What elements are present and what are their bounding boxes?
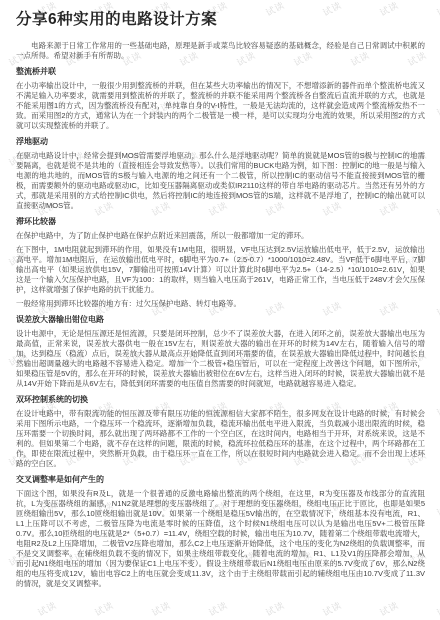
trial-read-watermark: 试读 [434, 598, 440, 619]
trial-read-watermark: 试读 [0, 598, 2, 619]
section: 滞环比较器在保护电路中，为了防止保护电路在保护点附近来回震荡，所以一般都增加一定… [16, 217, 425, 309]
trial-read-watermark: 试读 [35, 598, 59, 619]
intro-paragraph: 电路来源于日常工作常用的一些基础电路，原理是新手或菜鸟比较容易疑惑的基础概念，经… [16, 41, 425, 61]
section-heading: 误差放大器输出钳位电路 [16, 315, 425, 325]
paragraph: 在保护电路中，为了防止保护电路在保护点附近来回震荡，所以一般都增加一定的滞环。 [16, 231, 425, 241]
paragraph: 在设计电路中，带有限流功能的恒压源及带有限压功能的恒流源相信大家都不陌生，很多网… [16, 409, 425, 469]
section-heading: 滞环比较器 [16, 217, 425, 227]
section: 浮地驱动在驱动电路设计中，经常会提到MOS管需要浮地驱动，那么什么是浮地驱动呢？… [16, 137, 425, 211]
trial-read-watermark: 试读 [206, 598, 230, 619]
document-title: 分享6种实用的电路设计方案 [16, 11, 425, 30]
section-heading: 交叉调整率是如何产生的 [16, 475, 425, 485]
sections-container: 整流桥并联在小功率输出设计中，一般很少用到整流桥的并联，但在某些大功率输出的情况… [16, 67, 425, 589]
trial-read-watermark: 试读 [92, 598, 116, 619]
trial-read-watermark: 试读 [263, 598, 287, 619]
section: 误差放大器输出钳位电路设计电源中，无论是恒压源还是恒流源，只要是闭环控制，总少不… [16, 315, 425, 389]
trial-read-watermark: 试读 [149, 598, 173, 619]
paragraph: 设计电源中，无论是恒压源还是恒流源，只要是闭环控制，总少不了误差放大器，在进入闭… [16, 329, 425, 389]
paragraph: 下面这个图，如果没有R及L，就是一个很普通的反激电路输出整流的两个绕组，在这里，… [16, 489, 425, 589]
trial-read-watermark: 试读 [377, 598, 401, 619]
section-heading: 浮地驱动 [16, 137, 425, 147]
paragraph: 在下图中，1M电阻就起到滞环的作用，如果没有1M电阻，很明显，VF电压达到2.5… [16, 245, 425, 295]
section: 交叉调整率是如何产生的下面这个图，如果没有R及L，就是一个很普通的反激电路输出整… [16, 475, 425, 589]
paragraph: 在驱动电路设计中，经常会提到MOS管需要浮地驱动，那么什么是浮地驱动呢？简单的说… [16, 151, 425, 211]
section: 双环控制系统的切换在设计电路中，带有限流功能的恒压源及带有限压功能的恒流源相信大… [16, 395, 425, 469]
document-page: 试读试读试读试读试读试读试读试读试读试读试读试读试读试读试读试读试读试读试读试读… [0, 0, 440, 620]
paragraph: 一般经常用到滞环比较器的地方有：过欠压保护电路、转灯电路等。 [16, 299, 425, 309]
paragraph: 在小功率输出设计中，一般很少用到整流桥的并联，但在某些大功率输出的情况下，不想增… [16, 81, 425, 131]
section-heading: 整流桥并联 [16, 67, 425, 77]
document-content: 分享6种实用的电路设计方案 电路来源于日常工作常用的一些基础电路，原理是新手或菜… [0, 0, 440, 589]
section-heading: 双环控制系统的切换 [16, 395, 425, 405]
section: 整流桥并联在小功率输出设计中，一般很少用到整流桥的并联，但在某些大功率输出的情况… [16, 67, 425, 131]
trial-read-watermark: 试读 [320, 598, 344, 619]
